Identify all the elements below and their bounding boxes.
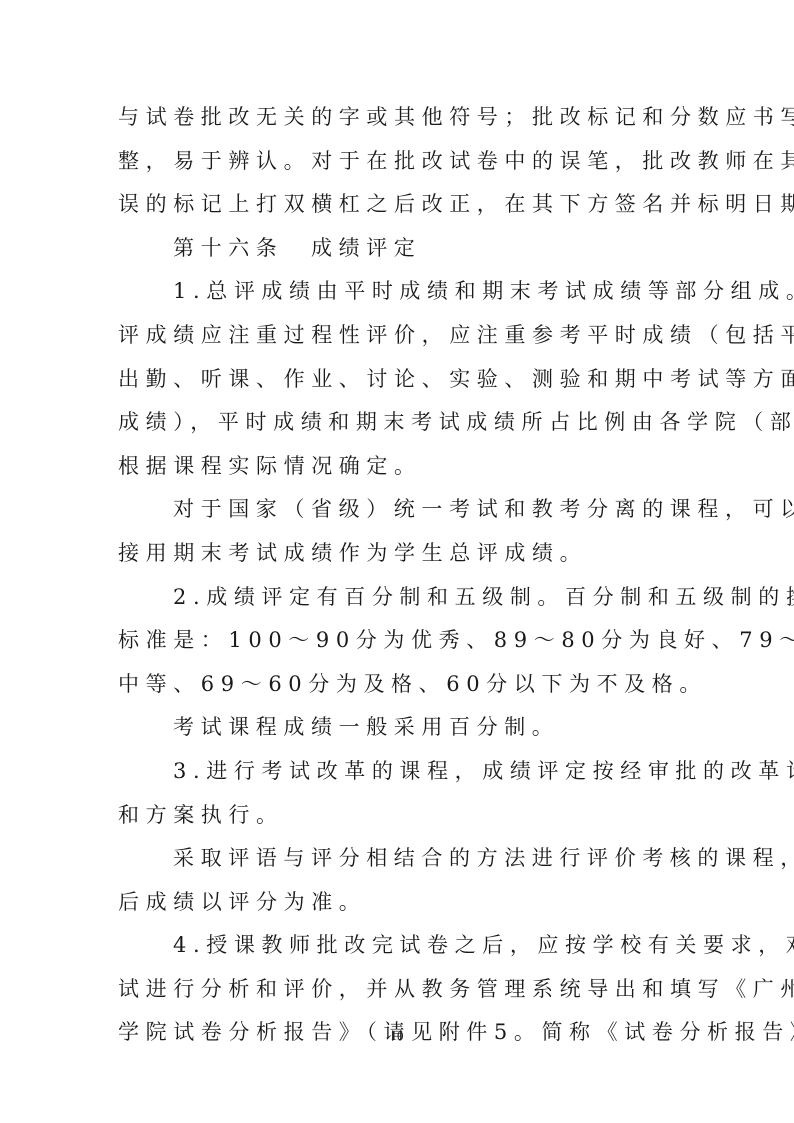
text-line: 4.授课教师批改完试卷之后，应按学校有关要求，对考 — [118, 924, 678, 968]
text-line: 误的标记上打双横杠之后改正，在其下方签名并标明日期。 — [118, 183, 678, 227]
text-line: 和方案执行。 — [118, 794, 678, 838]
text-line: 出勤、听课、作业、讨论、实验、测验和期中考试等方面的 — [118, 358, 678, 402]
text-line: 接用期末考试成绩作为学生总评成绩。 — [118, 532, 678, 576]
text-line: 中等、69～60分为及格、60分以下为不及格。 — [118, 663, 678, 707]
text-line: 与试卷批改无关的字或其他符号；批改标记和分数应书写工 — [118, 96, 678, 140]
text-line: 3.进行考试改革的课程，成绩评定按经审批的改革计划 — [118, 750, 678, 794]
text-line: 试进行分析和评价，并从教务管理系统导出和填写《广州商 — [118, 968, 678, 1012]
text-line: 采取评语与评分相结合的方法进行评价考核的课程，最 — [118, 837, 678, 881]
article-heading: 第十六条 成绩评定 — [118, 227, 678, 271]
text-line: 1.总评成绩由平时成绩和期末考试成绩等部分组成。总 — [118, 270, 678, 314]
text-line: 成绩），平时成绩和期末考试成绩所占比例由各学院（部） — [118, 401, 678, 445]
text-line: 后成绩以评分为准。 — [118, 881, 678, 925]
text-line: 2.成绩评定有百分制和五级制。百分制和五级制的换算 — [118, 576, 678, 620]
text-line: 整，易于辨认。对于在批改试卷中的误笔，批改教师在其错 — [118, 140, 678, 184]
text-line: 评成绩应注重过程性评价，应注重参考平时成绩（包括平时 — [118, 314, 678, 358]
text-line: 标准是：100～90分为优秀、89～80分为良好、79～70分为 — [118, 619, 678, 663]
page-number: 10 — [0, 1028, 794, 1044]
text-line: 考试课程成绩一般采用百分制。 — [118, 706, 678, 750]
document-body: 与试卷批改无关的字或其他符号；批改标记和分数应书写工 整，易于辨认。对于在批改试… — [118, 96, 678, 1055]
text-line: 根据课程实际情况确定。 — [118, 445, 678, 489]
text-line: 对于国家（省级）统一考试和教考分离的课程，可以直 — [118, 488, 678, 532]
